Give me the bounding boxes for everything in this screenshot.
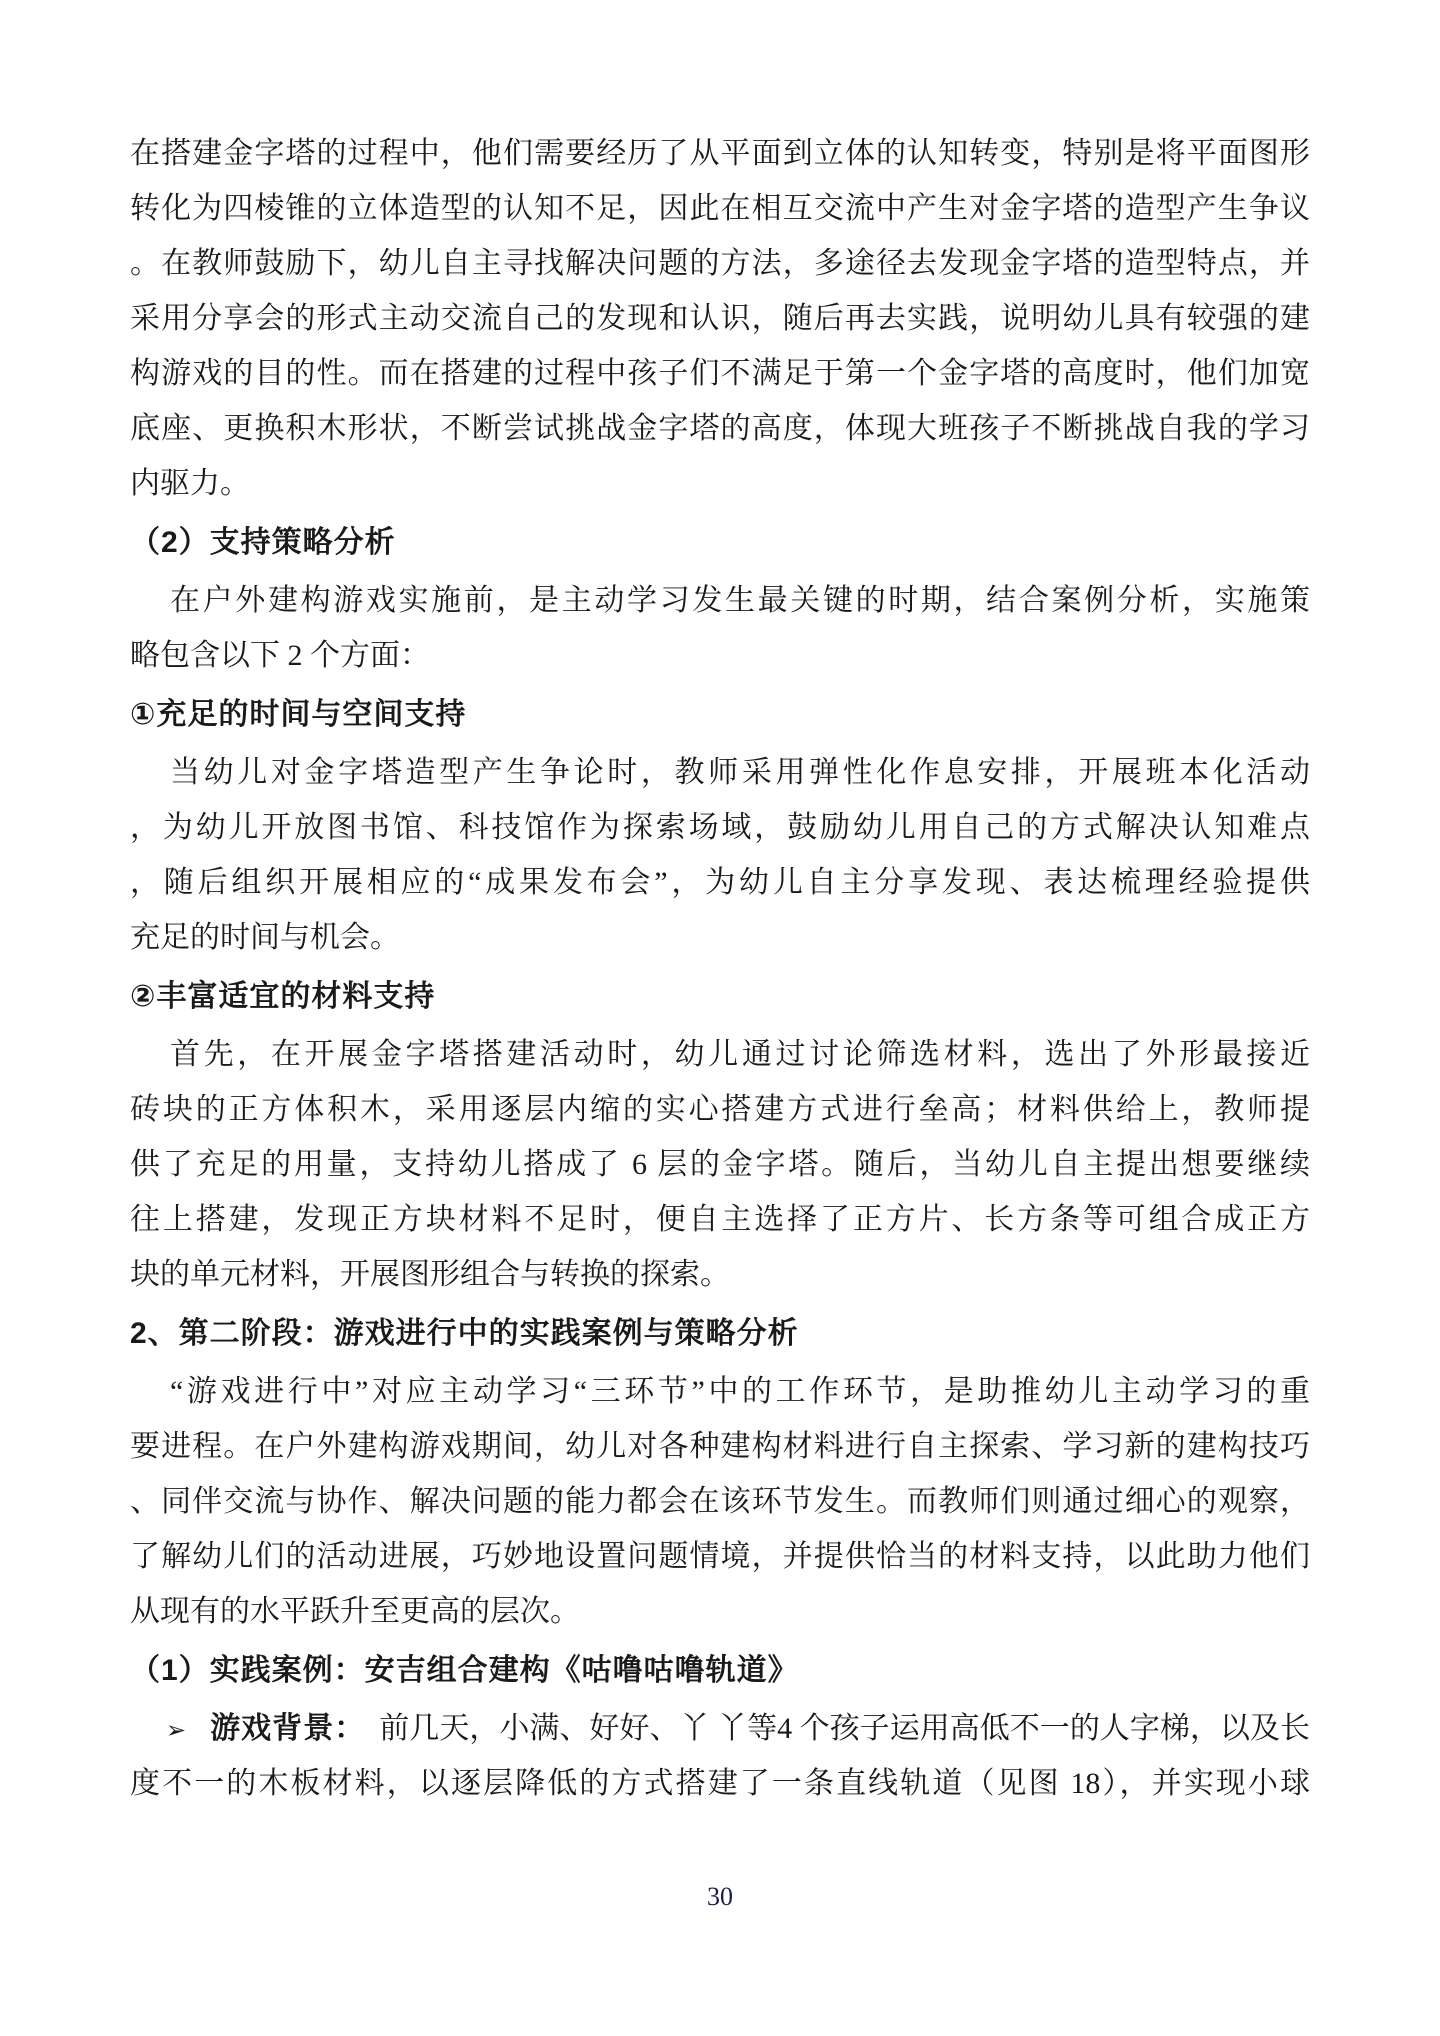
arrow-bullet-icon: ➢ — [166, 1703, 186, 1758]
paragraph-line: 略包含以下 2 个方面： — [130, 628, 1310, 683]
paragraph-line: 。在教师鼓励下，幼儿自主寻找解决问题的方法，多途径去发现金字塔的造型特点，并 — [130, 236, 1310, 291]
paragraph-line: ，随后组织开展相应的“成果发布会”，为幼儿自主分享发现、表达梳理经验提供 — [130, 855, 1310, 910]
bullet-line: 度不一的木板材料，以逐层降低的方式搭建了一条直线轨道（见图 18），并实现小球 — [130, 1756, 1310, 1811]
paragraph-line: “游戏进行中”对应主动学习“三环节”中的工作环节，是助推幼儿主动学习的重 — [130, 1364, 1310, 1419]
page-number: 30 — [0, 1882, 1440, 1912]
section-heading: （1）实践案例：安吉组合建构《咕噜咕噜轨道》 — [130, 1643, 1310, 1698]
bullet-text: 前几天，小满、好好、丫 丫等4 个孩子运用高低不一的人字梯，以及长 — [379, 1712, 1310, 1745]
paragraph-line: 充足的时间与机会。 — [130, 910, 1310, 965]
bullet-line: ➢游戏背景：前几天，小满、好好、丫 丫等4 个孩子运用高低不一的人字梯，以及长 — [130, 1701, 1310, 1756]
section-heading: （2）支持策略分析 — [130, 515, 1310, 570]
paragraph-line: 当幼儿对金字塔造型产生争论时，教师采用弹性化作息安排，开展班本化活动 — [130, 745, 1310, 800]
paragraph-line: 、同伴交流与协作、解决问题的能力都会在该环节发生。而教师们则通过细心的观察， — [130, 1474, 1310, 1529]
paragraph-line: 供了充足的用量，支持幼儿搭成了 6 层的金字塔。随后，当幼儿自主提出想要继续 — [130, 1137, 1310, 1192]
paragraph-line: 要进程。在户外建构游戏期间，幼儿对各种建构材料进行自主探索、学习新的建构技巧 — [130, 1419, 1310, 1474]
paragraph-line: 转化为四棱锥的立体造型的认知不足，因此在相互交流中产生对金字塔的造型产生争议 — [130, 181, 1310, 236]
paragraph-line: 在搭建金字塔的过程中，他们需要经历了从平面到立体的认知转变，特别是将平面图形 — [130, 126, 1310, 181]
section-heading: ①充足的时间与空间支持 — [130, 687, 1310, 742]
document-body: 在搭建金字塔的过程中，他们需要经历了从平面到立体的认知转变，特别是将平面图形转化… — [130, 126, 1310, 1811]
paragraph-line: 底座、更换积木形状，不断尝试挑战金字塔的高度，体现大班孩子不断挑战自我的学习 — [130, 401, 1310, 456]
paragraph-line: 了解幼儿们的活动进展，巧妙地设置问题情境，并提供恰当的材料支持，以此助力他们 — [130, 1529, 1310, 1584]
paragraph-line: 首先，在开展金字塔搭建活动时，幼儿通过讨论筛选材料，选出了外形最接近 — [130, 1027, 1310, 1082]
paragraph-line: 块的单元材料，开展图形组合与转换的探索。 — [130, 1247, 1310, 1302]
bullet-label: 游戏背景： — [210, 1712, 365, 1745]
document-page: 在搭建金字塔的过程中，他们需要经历了从平面到立体的认知转变，特别是将平面图形转化… — [0, 0, 1440, 2036]
section-heading: 2、第二阶段：游戏进行中的实践案例与策略分析 — [130, 1306, 1310, 1361]
paragraph-line: 内驱力。 — [130, 456, 1310, 511]
paragraph-line: 从现有的水平跃升至更高的层次。 — [130, 1584, 1310, 1639]
paragraph-line: 采用分享会的形式主动交流自己的发现和认识，随后再去实践，说明幼儿具有较强的建 — [130, 291, 1310, 346]
paragraph-line: 砖块的正方体积木，采用逐层内缩的实心搭建方式进行垒高；材料供给上，教师提 — [130, 1082, 1310, 1137]
paragraph-line: ，为幼儿开放图书馆、科技馆作为探索场域，鼓励幼儿用自己的方式解决认知难点 — [130, 800, 1310, 855]
paragraph-line: 往上搭建，发现正方块材料不足时，便自主选择了正方片、长方条等可组合成正方 — [130, 1192, 1310, 1247]
paragraph-line: 在户外建构游戏实施前，是主动学习发生最关键的时期，结合案例分析，实施策 — [130, 573, 1310, 628]
paragraph-line: 构游戏的目的性。而在搭建的过程中孩子们不满足于第一个金字塔的高度时，他们加宽 — [130, 346, 1310, 401]
section-heading: ②丰富适宜的材料支持 — [130, 969, 1310, 1024]
